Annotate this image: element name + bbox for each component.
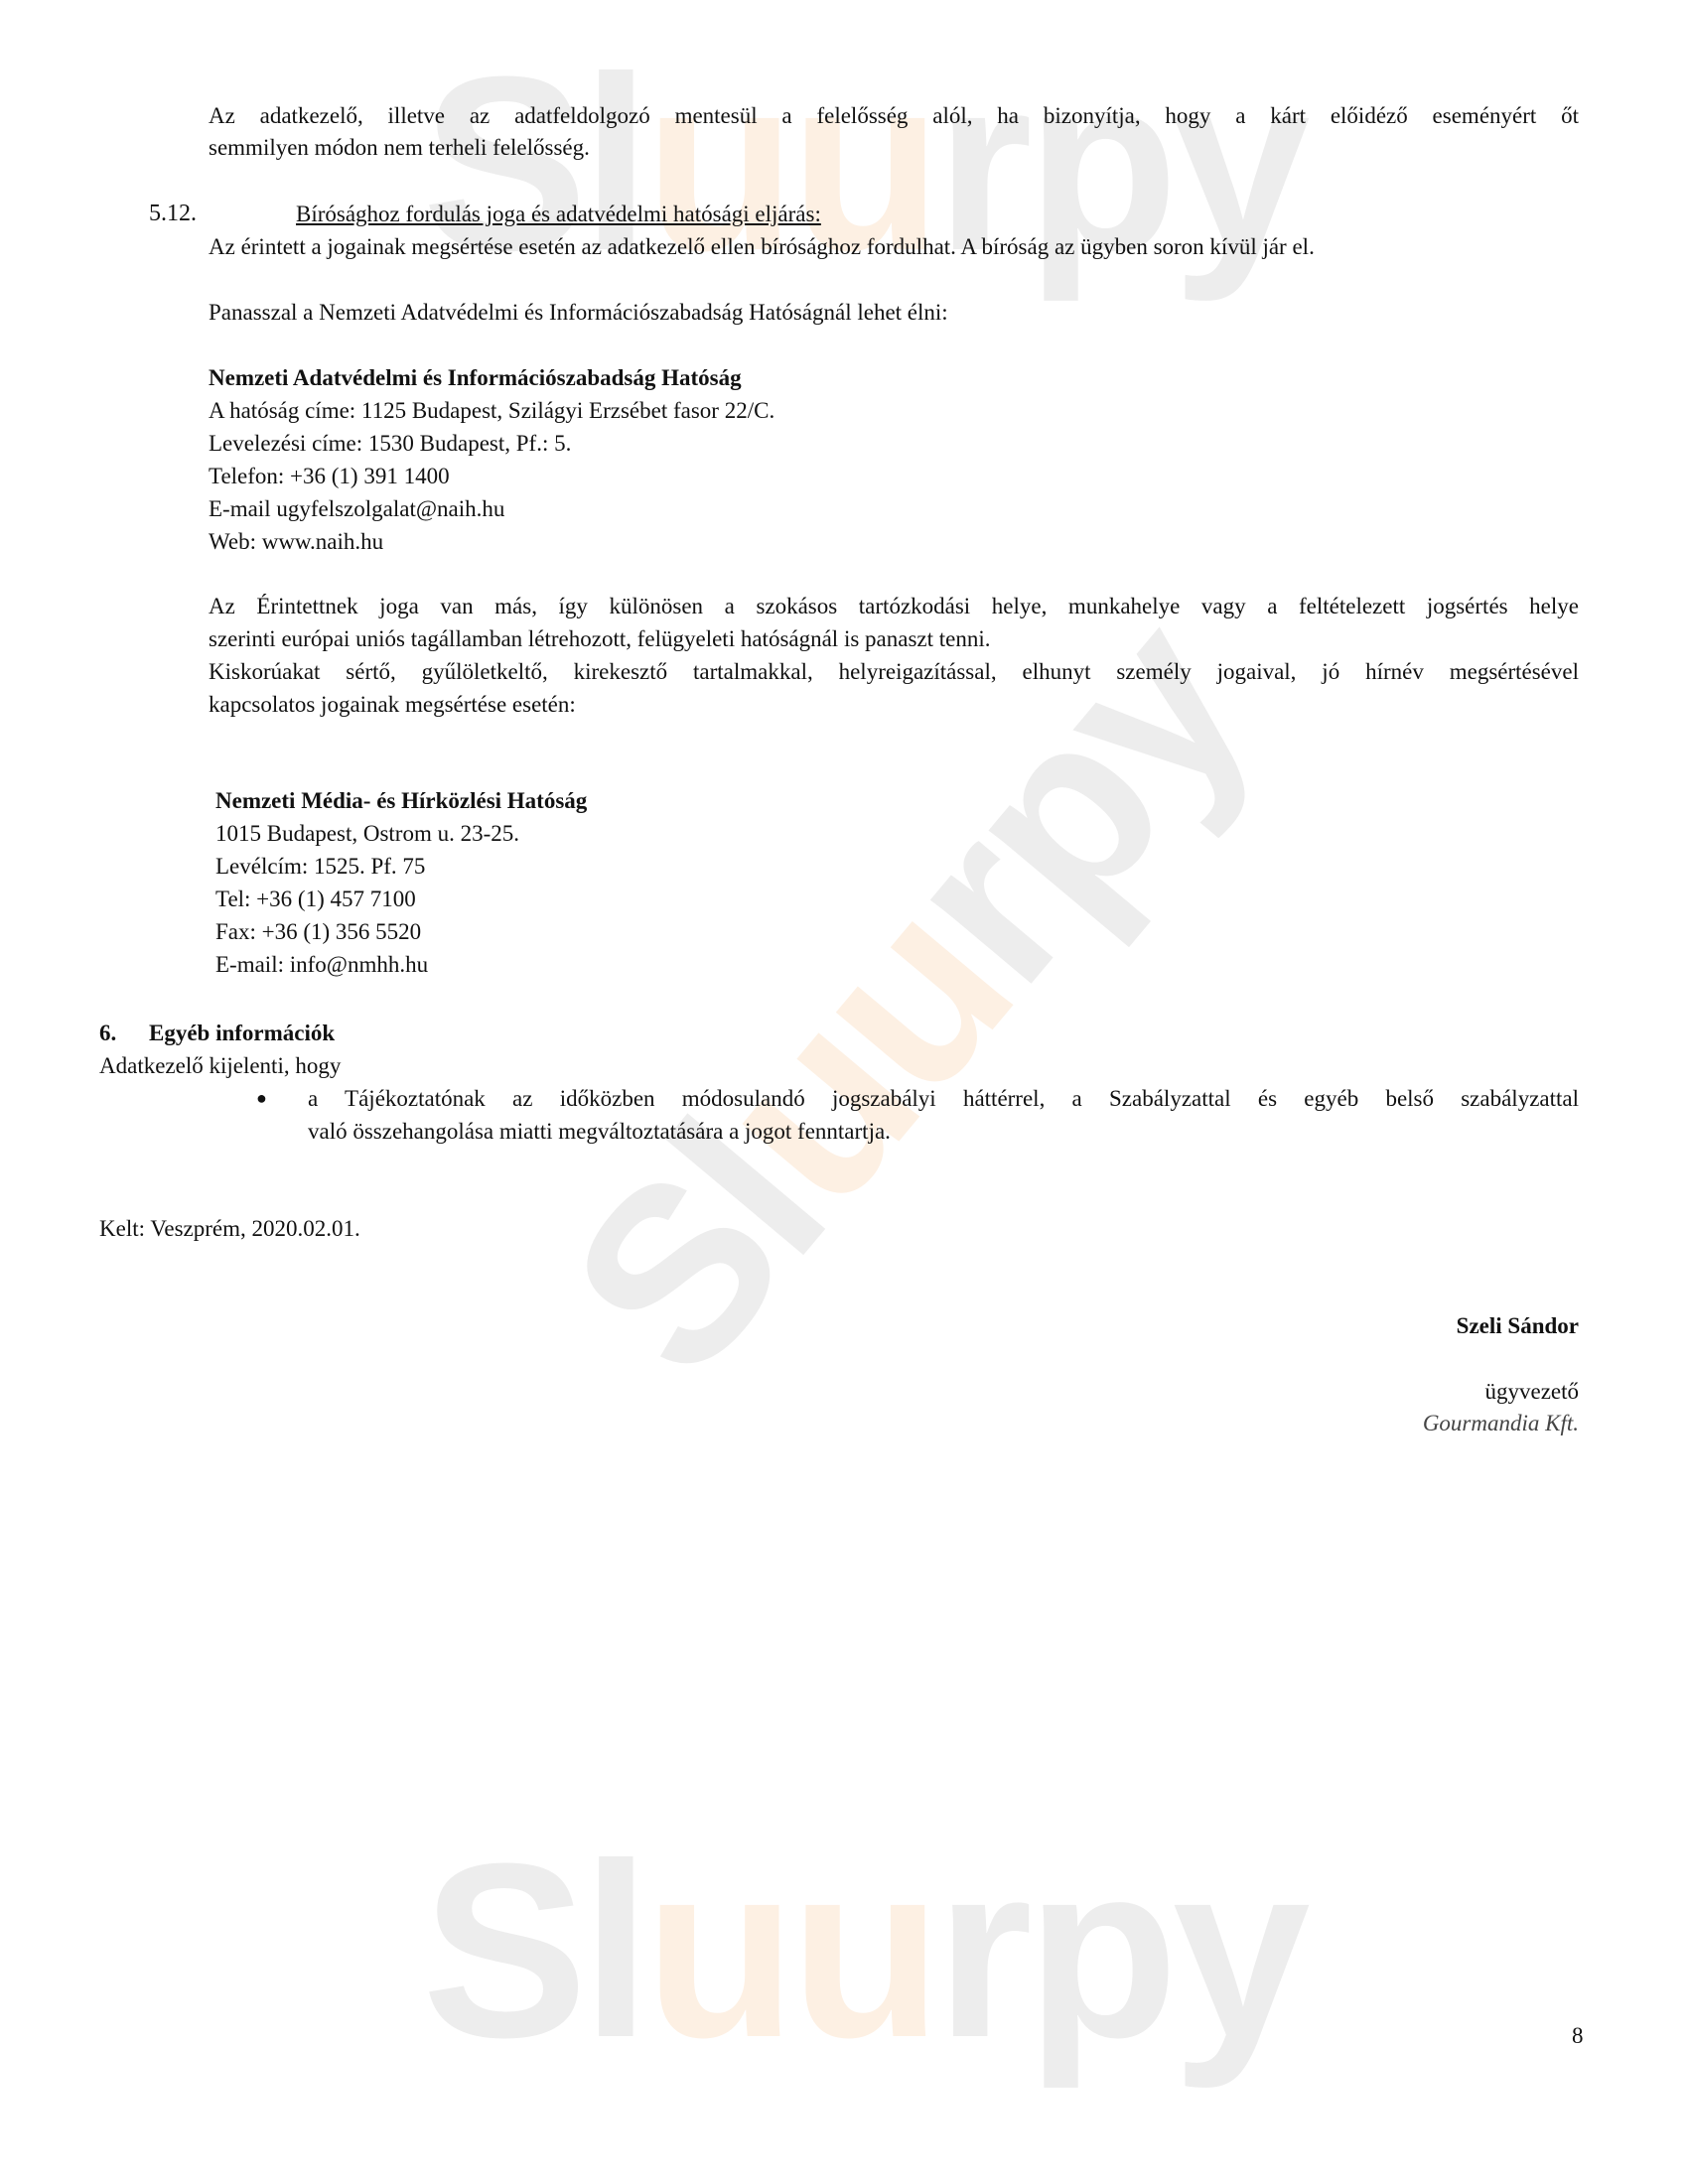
naih-phone: Telefon: +36 (1) 391 1400 — [209, 460, 450, 492]
nmhh-phone: Tel: +36 (1) 457 7100 — [215, 883, 416, 915]
naih-address: A hatóság címe: 1125 Budapest, Szilágyi … — [209, 394, 774, 427]
eu-rights-line-3: Kiskorúakat sértő, gyűlöletkeltő, kireke… — [209, 655, 1579, 688]
section-6-bullet-line-2: való összehangolása miatti megváltoztatá… — [308, 1115, 891, 1148]
eu-rights-line-2: szerinti európai uniós tagállamban létre… — [209, 622, 991, 655]
nmhh-email: E-mail: info@nmhh.hu — [215, 948, 428, 981]
complaint-intro: Panasszal a Nemzeti Adatvédelmi és Infor… — [209, 296, 948, 329]
signatory-name: Szeli Sándor — [1457, 1309, 1579, 1342]
naih-postal: Levelezési címe: 1530 Budapest, Pf.: 5. — [209, 427, 571, 460]
section-6-number: 6. — [99, 1017, 116, 1049]
document-page: Sluurpy Sluurpy Sluurpy Az adatkezelő, i… — [0, 0, 1688, 2184]
court-right-text: Az érintett a jogainak megsértése esetén… — [209, 230, 1315, 263]
section-6-title: Egyéb információk — [149, 1017, 335, 1049]
dated-line: Kelt: Veszprém, 2020.02.01. — [99, 1212, 360, 1245]
naih-email: E-mail ugyfelszolgalat@naih.hu — [209, 492, 504, 525]
nmhh-address: 1015 Budapest, Ostrom u. 23-25. — [215, 817, 519, 850]
eu-rights-line-4: kapcsolatos jogainak megsértése esetén: — [209, 688, 576, 721]
nmhh-postal: Levélcím: 1525. Pf. 75 — [215, 850, 425, 883]
bullet-icon: ● — [256, 1082, 267, 1115]
nmhh-fax: Fax: +36 (1) 356 5520 — [215, 915, 421, 948]
sluurpy-watermark-bottom: Sluurpy — [422, 1827, 1305, 2075]
section-5-12-number: 5.12. — [149, 198, 197, 230]
section-5-12-title: Bírósághoz fordulás joga és adatvédelmi … — [296, 198, 821, 230]
liability-line-1: Az adatkezelő, illetve az adatfeldolgozó… — [209, 99, 1579, 132]
naih-name: Nemzeti Adatvédelmi és Információszabads… — [209, 361, 742, 394]
signatory-company: Gourmandia Kft. — [1423, 1407, 1579, 1439]
eu-rights-line-1: Az Érintettnek joga van más, így különös… — [209, 590, 1579, 622]
nmhh-name: Nemzeti Média- és Hírközlési Hatóság — [215, 784, 587, 817]
sluurpy-watermark-middle: Sluurpy — [529, 580, 1287, 1415]
liability-line-2: semmilyen módon nem terheli felelősség. — [209, 131, 590, 164]
page-number: 8 — [1572, 2019, 1584, 2052]
signatory-role: ügyvezető — [1484, 1375, 1579, 1408]
naih-web: Web: www.naih.hu — [209, 525, 383, 558]
section-6-intro: Adatkezelő kijelenti, hogy — [99, 1049, 341, 1082]
section-6-bullet-line-1: a Tájékoztatónak az időközben módosuland… — [308, 1082, 1579, 1115]
